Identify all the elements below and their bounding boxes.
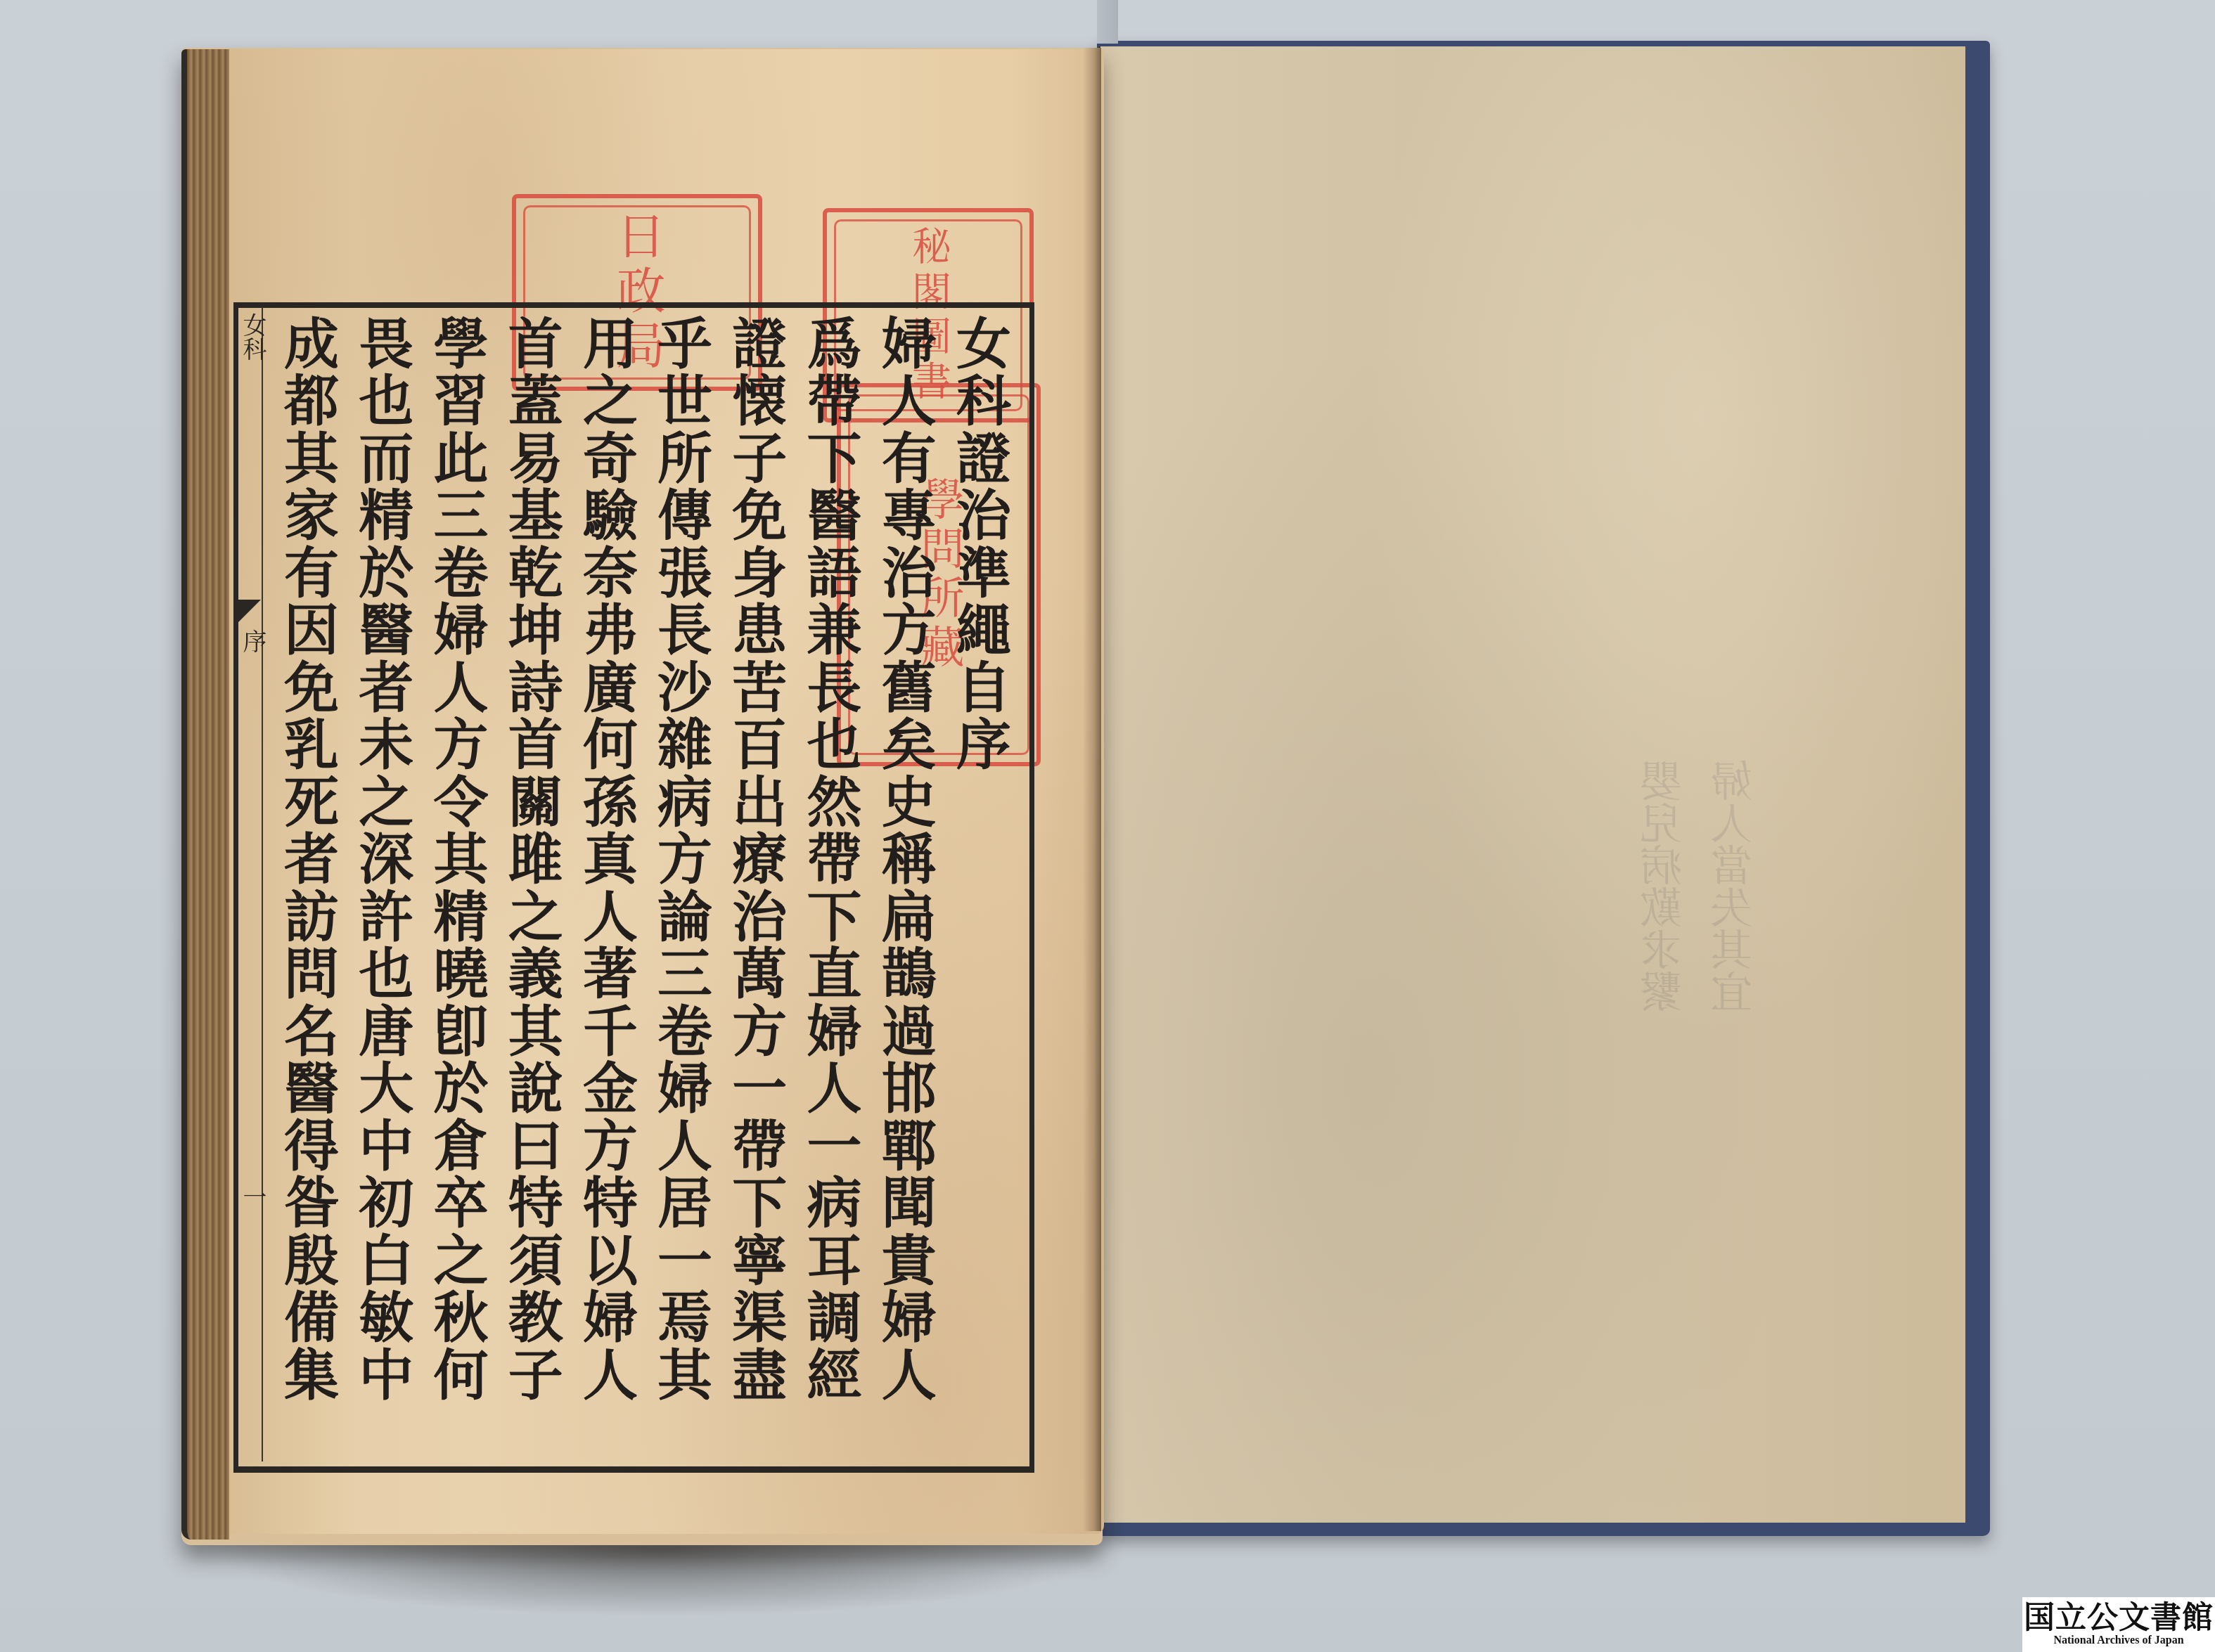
page-fore-edge: [181, 49, 229, 1540]
gutter-shadow: [1083, 48, 1101, 1531]
main-text-body: 女科證治準繩自序 婦人有專治方舊矣史稱扁鵲過邯鄲聞貴婦人即 爲帶下醫語兼長也然帶…: [266, 308, 1020, 1454]
text-column: 首蓋易基乾坤詩首關雎之義其說曰特須教子女: [494, 308, 567, 1454]
text-column: 畏也而精於醫者未之深許也唐大中初白敏中守: [345, 308, 418, 1454]
bleed-through-text: 婦人當失其宜 嬰兒病歎求繫: [1624, 759, 1765, 1364]
bleed-column: 婦人當失其宜: [1704, 759, 1765, 1364]
right-page-endpaper: [1098, 46, 1965, 1523]
text-column-title: 女科證治準繩自序: [942, 308, 1015, 1454]
text-column: 用之奇驗奈弗廣何孫真人著千金方特以婦人爲: [569, 308, 642, 1454]
margin-page-number: 一: [238, 1185, 267, 1208]
block-center-margin: 女科 序 一: [238, 313, 261, 1452]
spine-gap: [1097, 0, 1118, 44]
bleed-column: 嬰兒病歎求繫: [1634, 759, 1695, 1364]
archive-watermark: 国立公文書館 National Archives of Japan: [2022, 1597, 2215, 1652]
book-shadow: [211, 1532, 1111, 1617]
watermark-english: National Archives of Japan: [2053, 1634, 2183, 1647]
text-column: 婦人有專治方舊矣史稱扁鵲過邯鄲聞貴婦人即: [868, 308, 941, 1454]
margin-divider-line: [262, 307, 263, 1461]
text-column: 成都其家有因免乳死者訪問名醫得昝殷備集驗: [270, 308, 343, 1454]
text-column: 學習此三卷婦人方令其精曉卽於倉卒之秋何憂: [419, 308, 492, 1454]
margin-section: 序: [238, 629, 267, 653]
watermark-japanese: 国立公文書館: [2024, 1602, 2214, 1634]
fishtail-mark-icon: [237, 600, 261, 624]
text-column: 乎世所傳張長沙雜病方論三卷婦人居一焉其方: [643, 308, 717, 1454]
margin-book-title: 女科: [238, 313, 267, 361]
text-column: 證懐子免身患苦百出療治萬方一帶下寧渠盡之: [718, 308, 791, 1454]
text-column: 爲帶下醫語兼長也然帶下直婦人一病耳調經雜: [793, 308, 866, 1454]
